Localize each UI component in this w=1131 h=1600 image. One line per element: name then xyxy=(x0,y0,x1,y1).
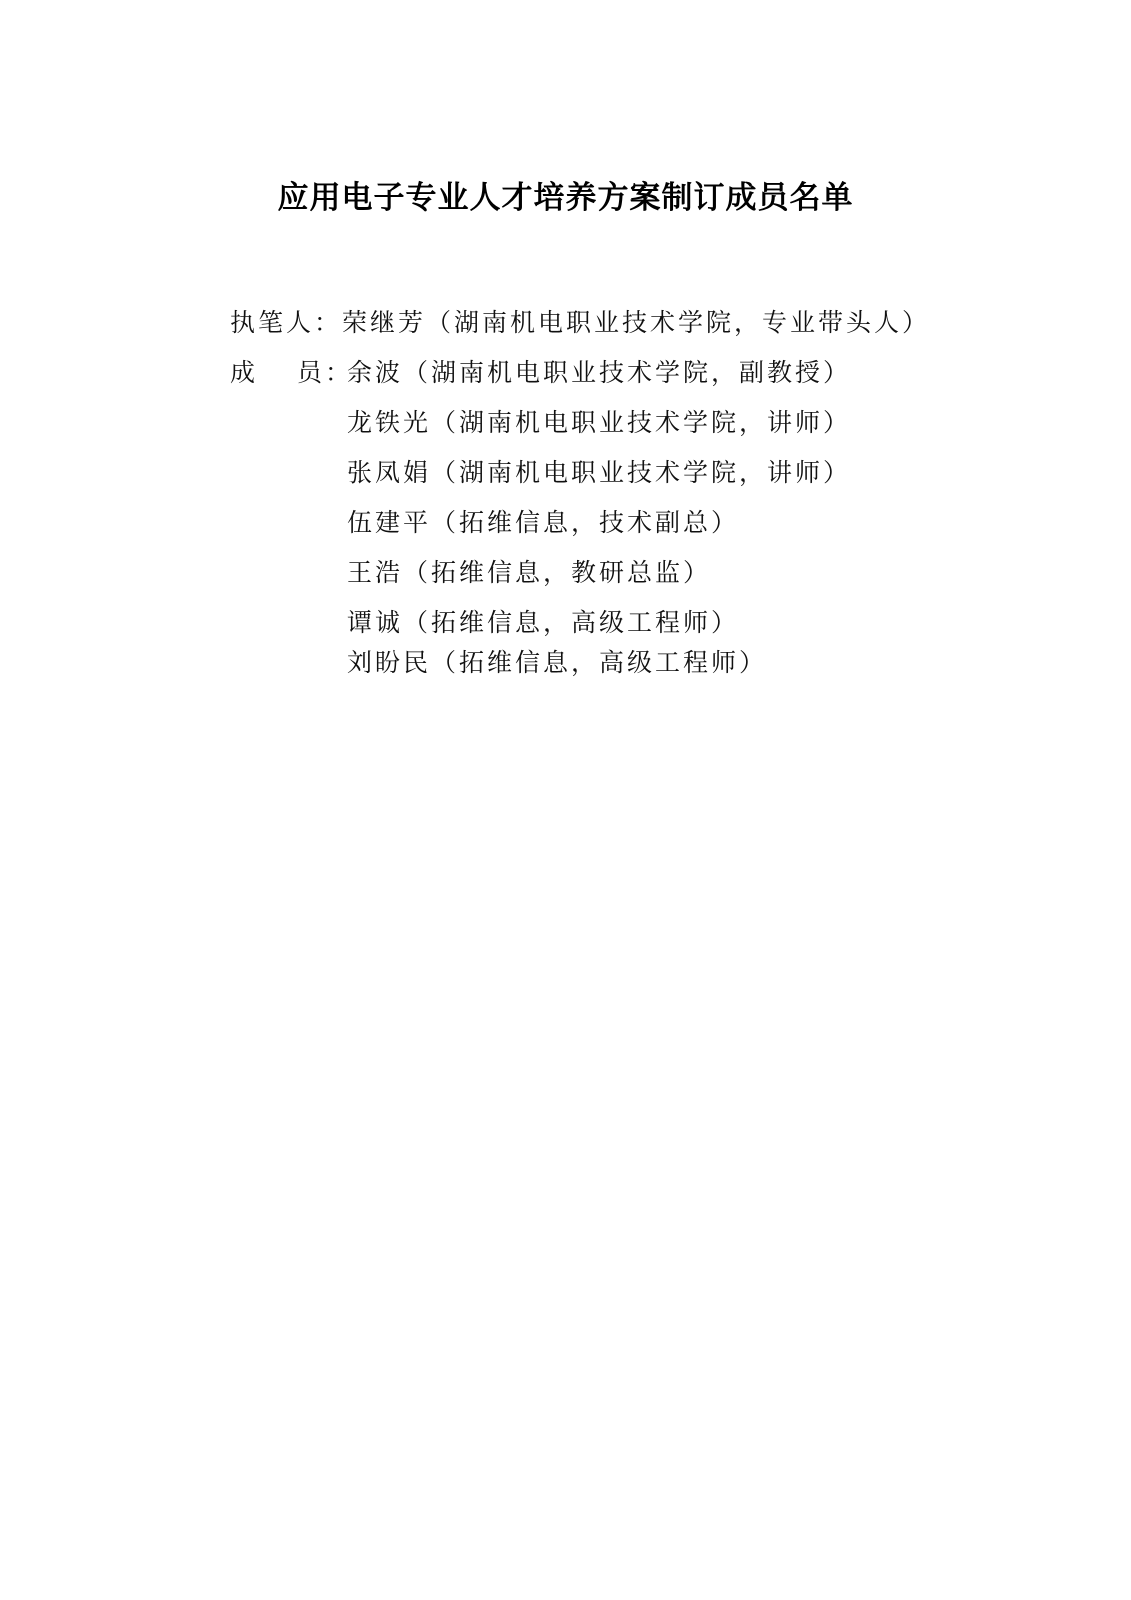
member-item: 余波（湖南机电职业技术学院，副教授） xyxy=(347,358,851,387)
member-item: 伍建平（拓维信息，技术副总） xyxy=(347,503,739,539)
writer-label: 执笔人： xyxy=(230,303,342,339)
document-page: 应用电子专业人才培养方案制订成员名单 执笔人：荣继芳（湖南机电职业技术学院，专业… xyxy=(0,0,1131,1600)
page-title: 应用电子专业人才培养方案制订成员名单 xyxy=(0,172,1131,217)
writer-line: 执笔人：荣继芳（湖南机电职业技术学院，专业带头人） xyxy=(230,303,930,339)
writer-name: 荣继芳（湖南机电职业技术学院，专业带头人） xyxy=(342,308,930,337)
member-item: 谭诚（拓维信息，高级工程师） xyxy=(347,603,739,639)
member-item: 龙铁光（湖南机电职业技术学院，讲师） xyxy=(347,403,851,439)
members-label: 成 员： xyxy=(230,353,347,389)
member-item: 刘盼民（拓维信息，高级工程师） xyxy=(347,643,767,679)
member-item: 王浩（拓维信息，教研总监） xyxy=(347,553,711,589)
member-item: 张凤娟（湖南机电职业技术学院，讲师） xyxy=(347,453,851,489)
member-line-1: 成 员：余波（湖南机电职业技术学院，副教授） xyxy=(230,353,851,389)
